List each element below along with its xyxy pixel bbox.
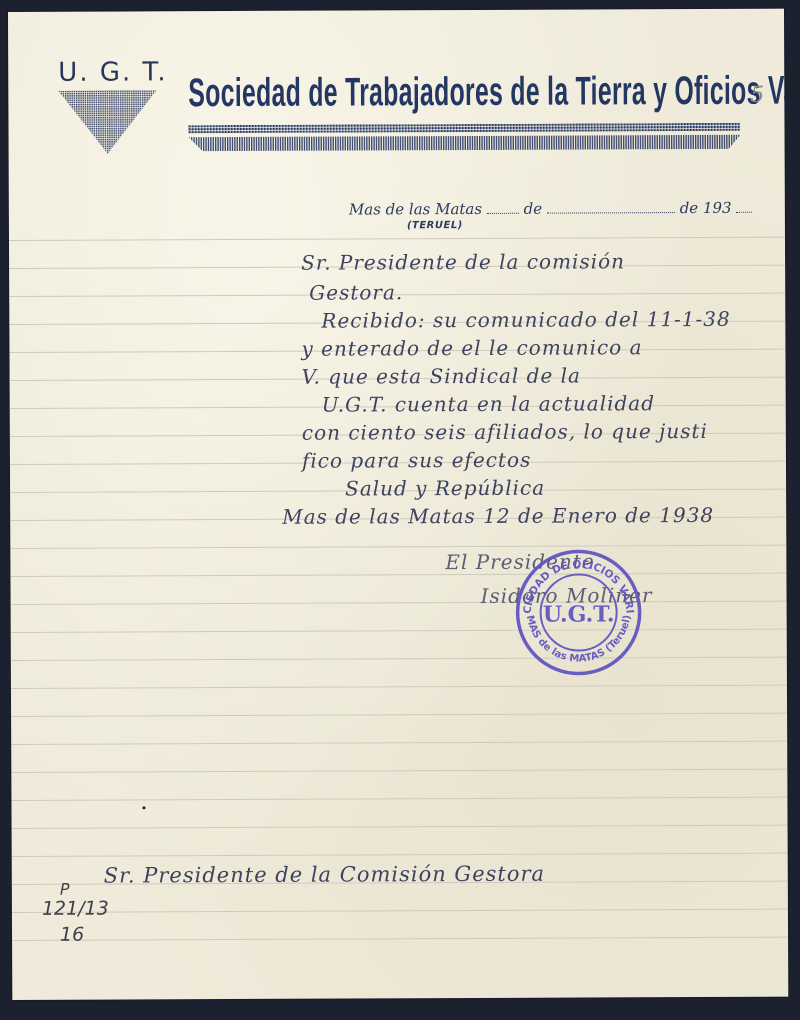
place-date-line: Mas de las Matas de de 193 (349, 199, 729, 219)
province-label: (TERUEL) (407, 220, 463, 231)
letter-paper: U. G. T. Sociedad de Trabajadores de la … (8, 9, 788, 1000)
letterhead: U. G. T. Sociedad de Trabajadores de la … (8, 9, 784, 12)
body-line: Recibido: su comunicado del 11-1-38 (321, 307, 730, 333)
ink-dot (142, 806, 145, 809)
addressee-line: Sr. Presidente de la Comisión Gestora (104, 862, 545, 888)
body-line: Sr. Presidente de la comisión (301, 249, 625, 274)
archive-ref-number: 121/13 (42, 898, 109, 920)
archive-reference: P 121/13 16 (42, 882, 109, 946)
stamp-center-text: U.G.T. (543, 601, 615, 627)
archive-symbol: P (42, 882, 109, 898)
ugt-shield-icon (58, 90, 156, 153)
body-line: U.G.T. cuenta en la actualidad (322, 391, 655, 416)
ugt-logo-text: U. G. T. (58, 57, 167, 87)
ugt-stamp: SOCIEDAD DE OFICIOS VARIOS MAS de las MA… (513, 547, 644, 678)
body-line: Mas de las Matas 12 de Enero de 1938 (282, 503, 714, 529)
body-line: Gestora. (309, 280, 403, 304)
title-underline-bars (188, 123, 740, 153)
body-line: y enterado de el le comunico a (301, 335, 642, 360)
body-line: Salud y República (345, 476, 545, 501)
date-de-1: de (524, 200, 543, 218)
place-name: Mas de las Matas (349, 200, 482, 219)
organization-title: Sociedad de Trabajadores de la Tierra y … (188, 68, 788, 116)
body-line: con ciento seis afiliados, lo que justi (302, 419, 708, 445)
body-line: fico para sus efectos (302, 448, 531, 473)
archive-item-number: 16 (42, 924, 109, 946)
ruled-lines (8, 9, 784, 12)
date-year-prefix: de 193 (680, 199, 732, 217)
pencil-page-number: 5 (750, 83, 764, 108)
body-line: V. que esta Sindical de la (302, 364, 581, 389)
letter-body: Sr. Presidente de la comisión Gestora. R… (8, 9, 784, 12)
